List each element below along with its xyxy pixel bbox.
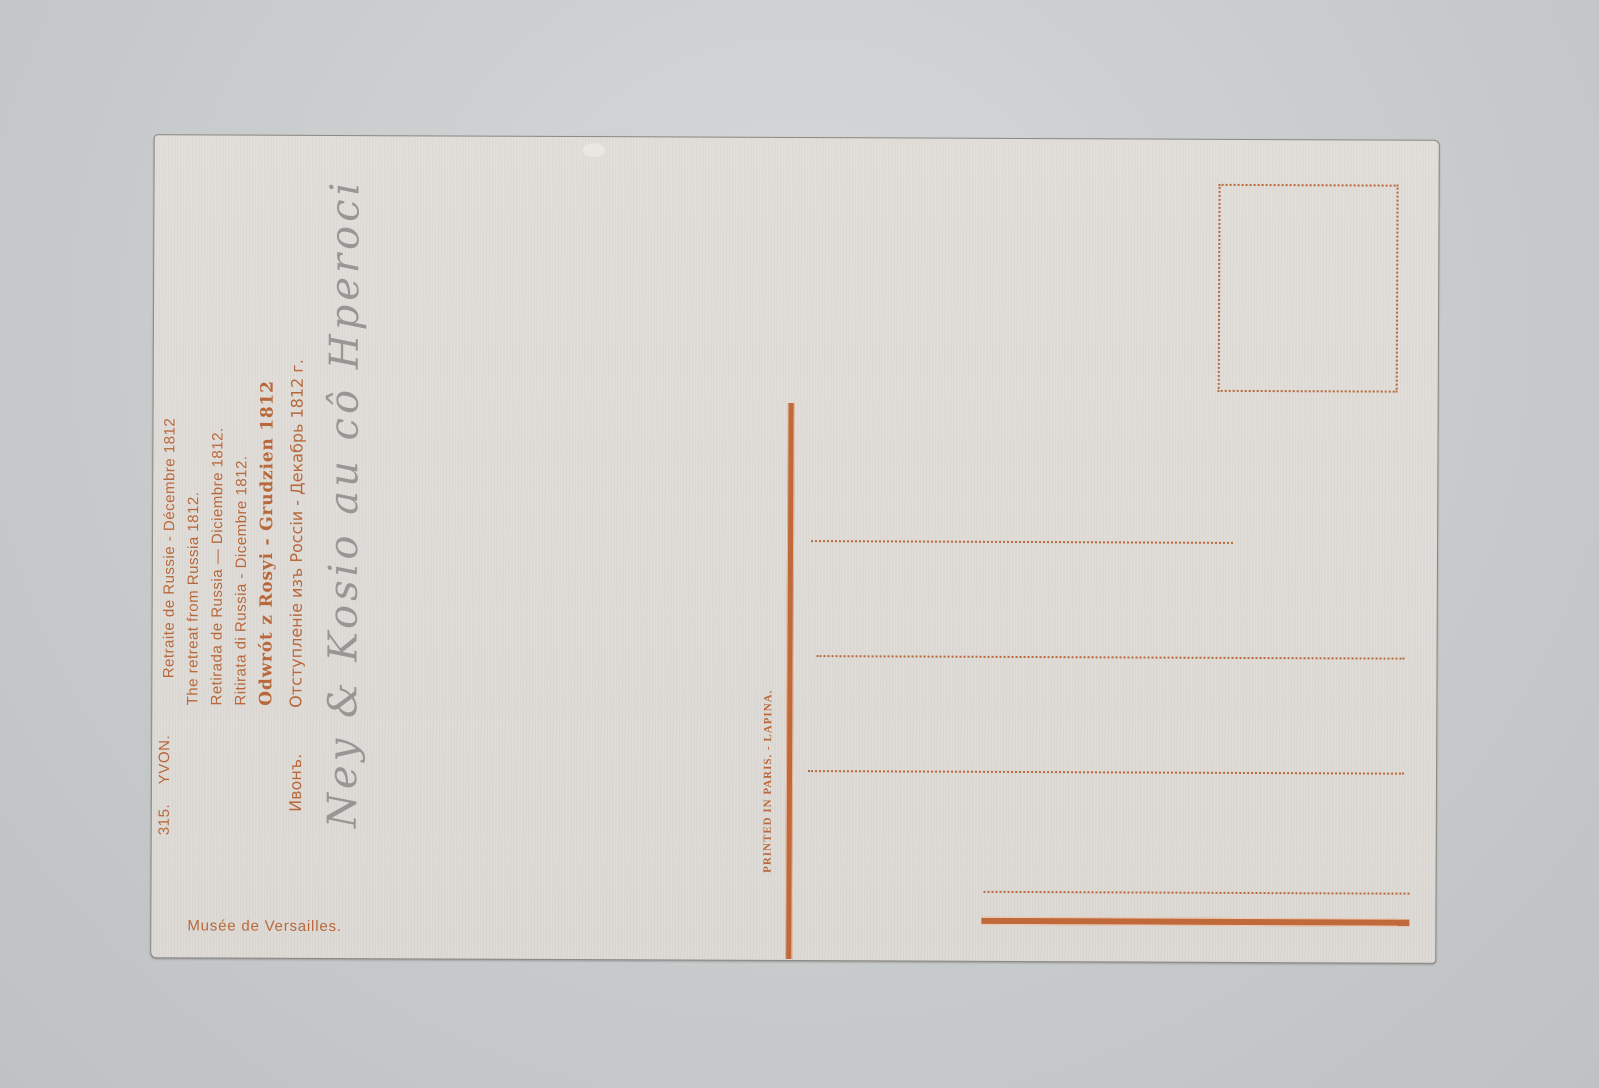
handwritten-pencil-note: Ney & Kosio au cô Hperoci (320, 179, 369, 829)
address-underline-bar (981, 917, 1409, 927)
caption-french: Retraite de Russie - Décembre 1812 (160, 418, 178, 679)
address-line-3 (808, 770, 1404, 775)
caption-english: The retreat from Russia 1812. (184, 492, 202, 706)
catalog-number: 315. (156, 804, 173, 836)
center-divider-line (785, 403, 794, 959)
caption-russian: Отступленіе изъ Россіи - Декабрь 1812 г. (286, 359, 307, 708)
caption-polish: Odwrót z Rosyi - Grudzien 1812 (256, 380, 277, 706)
caption-spanish: Retirada de Russia — Diciembre 1812. (208, 427, 226, 705)
address-line-4 (984, 891, 1410, 895)
postcard-back: 315. YVON. Retraite de Russie - Décembre… (150, 134, 1440, 964)
artist-name-cyrillic: Ивонъ. (286, 754, 305, 812)
address-line-1 (811, 540, 1233, 544)
stamp-box (1218, 184, 1399, 393)
museum-credit: Musée de Versailles. (187, 917, 341, 935)
paper-tear-mark (583, 143, 605, 157)
printer-credit: PRINTED IN PARIS. - LAPINA. (762, 690, 775, 873)
address-line-2 (817, 655, 1405, 660)
caption-italian: Ritirata di Russia - Dicembre 1812. (232, 455, 250, 705)
catalog-number-artist: 315. YVON. (156, 735, 173, 836)
artist-name: YVON. (156, 735, 173, 785)
